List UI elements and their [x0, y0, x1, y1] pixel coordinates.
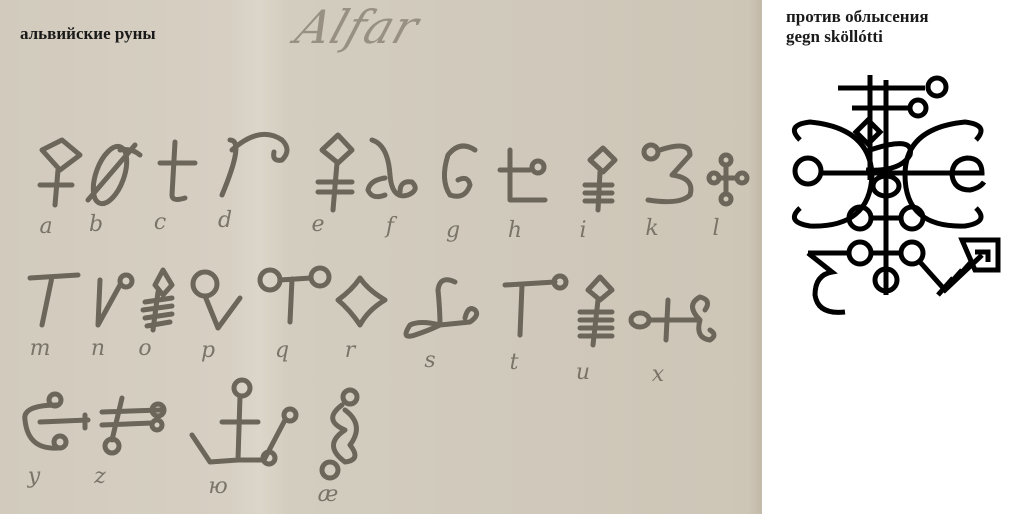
rune-s-icon	[406, 280, 477, 336]
rune-l-icon	[709, 155, 747, 204]
rune-i-icon	[585, 148, 615, 210]
rune-label: a	[39, 214, 52, 239]
rune-label: i	[579, 218, 586, 243]
rune-label: k	[645, 216, 658, 241]
rune-ae-icon	[322, 390, 357, 478]
rune-q-icon	[260, 268, 329, 322]
rune-label: n	[91, 336, 105, 361]
rune-u-icon	[580, 277, 612, 345]
rune-t-icon	[505, 276, 566, 335]
bindrune-sigil-icon	[762, 0, 1024, 514]
rune-label: æ	[318, 482, 339, 507]
rune-a-icon	[40, 140, 80, 205]
rune-label: r	[345, 338, 356, 363]
rune-n-icon	[98, 275, 132, 325]
rune-m-icon	[30, 275, 78, 325]
rune-label: x	[652, 362, 664, 387]
rune-h-icon	[500, 150, 545, 200]
rune-label: u	[576, 360, 590, 385]
rune-label: b	[89, 212, 103, 237]
rune-label: m	[30, 336, 51, 361]
rune-label: f	[386, 214, 394, 239]
rune-x-icon	[631, 297, 714, 340]
rune-label: d	[218, 208, 232, 233]
rune-label: h	[508, 218, 522, 243]
rune-f-icon	[368, 140, 415, 197]
rune-b-icon	[87, 142, 140, 208]
rune-label: e	[311, 212, 324, 237]
rune-label: p	[201, 338, 215, 363]
rune-y-icon	[25, 394, 88, 448]
rune-o-icon	[143, 270, 172, 330]
rune-k-icon	[644, 145, 691, 202]
rune-label: t	[510, 350, 519, 375]
rune-label: s	[424, 348, 435, 373]
rune-z-icon	[102, 398, 164, 453]
manuscript-page: альвийские руны Alfar a b c d e f	[0, 0, 762, 514]
rune-yu-icon	[192, 380, 296, 464]
rune-label: y	[28, 464, 40, 489]
rune-label: o	[138, 336, 151, 361]
rune-label: l	[712, 216, 719, 241]
rune-p-icon	[193, 272, 240, 328]
rune-r-icon	[338, 278, 385, 325]
rune-label: ю	[208, 474, 227, 499]
rune-d-icon	[222, 134, 287, 195]
rune-label: g	[446, 218, 460, 243]
rune-glyphs	[0, 0, 762, 514]
rune-label: q	[275, 338, 289, 363]
rune-e-icon	[318, 135, 352, 210]
rune-c-icon	[160, 142, 195, 199]
rune-g-icon	[444, 146, 475, 196]
rune-label: c	[154, 210, 166, 235]
sigil-panel: против облысения gegn sköllótti	[762, 0, 1024, 514]
rune-label: z	[94, 464, 106, 489]
